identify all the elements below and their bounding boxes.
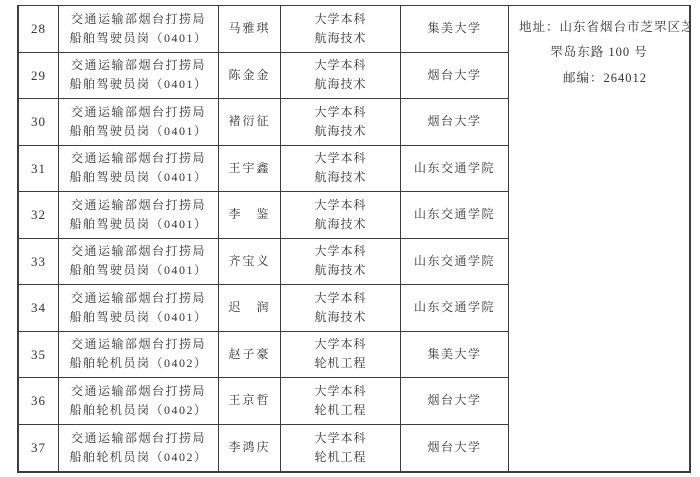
row-number-cell: 29 [19, 53, 59, 100]
cell-text: 交通运输部烟台打捞局 [71, 289, 206, 308]
cell-text: 33 [31, 252, 46, 271]
cell-text: 大学本科 [314, 103, 366, 122]
cell-text: 船舶驾驶员岗（0401） [69, 122, 207, 141]
row-number-cell: 36 [19, 378, 59, 425]
cell-text: 王京哲 [228, 391, 270, 410]
cell-text: 大学本科 [314, 149, 366, 168]
address-line-2: 罘岛东路 100 号 [517, 40, 681, 65]
position-cell: 交通运输部烟台打捞局船舶驾驶员岗（0401） [59, 239, 219, 286]
recruitment-list-page: 地址：山东省烟台市芝罘区芝 罘岛东路 100 号 邮编：264012 28交通运… [17, 5, 691, 473]
position-cell: 交通运输部烟台打捞局船舶驾驶员岗（0401） [59, 192, 219, 239]
cell-text: 李鸿庆 [228, 438, 270, 457]
cell-text: 航海技术 [314, 29, 366, 48]
cell-text: 大学本科 [314, 196, 366, 215]
cell-text: 船舶驾驶员岗（0401） [69, 75, 207, 94]
school-cell: 烟台大学 [401, 99, 509, 146]
cell-text: 交通运输部烟台打捞局 [71, 242, 206, 261]
cell-text: 船舶驾驶员岗（0401） [69, 168, 207, 187]
cell-text: 船舶驾驶员岗（0401） [69, 308, 207, 327]
cell-text: 30 [31, 112, 46, 131]
school-cell: 山东交通学院 [401, 285, 509, 332]
cell-text: 马雅琪 [228, 19, 270, 38]
school-cell: 集美大学 [401, 332, 509, 379]
education-cell: 大学本科轮机工程 [281, 332, 401, 379]
cell-text: 交通运输部烟台打捞局 [71, 335, 206, 354]
recruitment-table: 地址：山东省烟台市芝罘区芝 罘岛东路 100 号 邮编：264012 28交通运… [17, 5, 691, 473]
position-cell: 交通运输部烟台打捞局船舶驾驶员岗（0401） [59, 53, 219, 100]
cell-text: 交通运输部烟台打捞局 [71, 196, 206, 215]
cell-text: 褚衍征 [228, 112, 270, 131]
cell-text: 大学本科 [314, 10, 366, 29]
postal-code-line: 邮编：264012 [517, 66, 681, 91]
cell-text: 大学本科 [314, 56, 366, 75]
cell-text: 航海技术 [314, 215, 366, 234]
position-cell: 交通运输部烟台打捞局船舶轮机员岗（0402） [59, 378, 219, 425]
name-cell: 李鸿庆 [219, 425, 281, 472]
cell-text: 船舶轮机员岗（0402） [69, 401, 207, 420]
education-cell: 大学本科航海技术 [281, 53, 401, 100]
name-cell: 王宇鑫 [219, 146, 281, 193]
position-cell: 交通运输部烟台打捞局船舶轮机员岗（0402） [59, 332, 219, 379]
education-cell: 大学本科轮机工程 [281, 425, 401, 472]
name-cell: 齐宝义 [219, 239, 281, 286]
name-cell: 赵子豪 [219, 332, 281, 379]
position-cell: 交通运输部烟台打捞局船舶驾驶员岗（0401） [59, 6, 219, 53]
cell-text: 陈金金 [228, 66, 270, 85]
cell-text: 山东交通学院 [414, 205, 495, 224]
cell-text: 37 [31, 438, 46, 457]
cell-text: 航海技术 [314, 308, 366, 327]
name-cell: 李 鉴 [219, 192, 281, 239]
position-cell: 交通运输部烟台打捞局船舶驾驶员岗（0401） [59, 285, 219, 332]
cell-text: 烟台大学 [427, 391, 481, 410]
cell-text: 船舶轮机员岗（0402） [69, 448, 207, 467]
cell-text: 航海技术 [314, 168, 366, 187]
cell-text: 航海技术 [314, 75, 366, 94]
row-number-cell: 32 [19, 192, 59, 239]
school-cell: 烟台大学 [401, 425, 509, 472]
school-cell: 山东交通学院 [401, 146, 509, 193]
school-cell: 山东交通学院 [401, 192, 509, 239]
row-number-cell: 30 [19, 99, 59, 146]
cell-text: 交通运输部烟台打捞局 [71, 382, 206, 401]
cell-text: 集美大学 [427, 345, 481, 364]
cell-text: 交通运输部烟台打捞局 [71, 103, 206, 122]
address-line-1: 地址：山东省烟台市芝罘区芝 [517, 15, 681, 40]
cell-text: 烟台大学 [427, 438, 481, 457]
education-cell: 大学本科航海技术 [281, 239, 401, 286]
cell-text: 交通运输部烟台打捞局 [71, 429, 206, 448]
row-number-cell: 28 [19, 6, 59, 53]
name-cell: 陈金金 [219, 53, 281, 100]
cell-text: 李 鉴 [228, 205, 270, 224]
row-number-cell: 34 [19, 285, 59, 332]
education-cell: 大学本科轮机工程 [281, 378, 401, 425]
position-cell: 交通运输部烟台打捞局船舶驾驶员岗（0401） [59, 146, 219, 193]
cell-text: 31 [31, 159, 46, 178]
cell-text: 29 [31, 66, 46, 85]
cell-text: 36 [31, 391, 46, 410]
cell-text: 大学本科 [314, 382, 366, 401]
name-cell: 王京哲 [219, 378, 281, 425]
row-number-cell: 31 [19, 146, 59, 193]
cell-text: 34 [31, 298, 46, 317]
position-cell: 交通运输部烟台打捞局船舶轮机员岗（0402） [59, 425, 219, 472]
cell-text: 山东交通学院 [414, 252, 495, 271]
cell-text: 烟台大学 [427, 112, 481, 131]
cell-text: 船舶轮机员岗（0402） [69, 354, 207, 373]
cell-text: 赵子豪 [228, 345, 270, 364]
education-cell: 大学本科航海技术 [281, 192, 401, 239]
education-cell: 大学本科航海技术 [281, 99, 401, 146]
cell-text: 大学本科 [314, 429, 366, 448]
cell-text: 烟台大学 [427, 66, 481, 85]
row-number-cell: 33 [19, 239, 59, 286]
position-cell: 交通运输部烟台打捞局船舶驾驶员岗（0401） [59, 99, 219, 146]
cell-text: 航海技术 [314, 122, 366, 141]
cell-text: 大学本科 [314, 242, 366, 261]
cell-text: 交通运输部烟台打捞局 [71, 149, 206, 168]
school-cell: 烟台大学 [401, 53, 509, 100]
school-cell: 烟台大学 [401, 378, 509, 425]
cell-text: 齐宝义 [228, 252, 270, 271]
education-cell: 大学本科航海技术 [281, 146, 401, 193]
cell-text: 交通运输部烟台打捞局 [71, 56, 206, 75]
cell-text: 山东交通学院 [414, 298, 495, 317]
cell-text: 交通运输部烟台打捞局 [71, 10, 206, 29]
cell-text: 28 [31, 19, 46, 38]
education-cell: 大学本科航海技术 [281, 285, 401, 332]
cell-text: 航海技术 [314, 261, 366, 280]
cell-text: 大学本科 [314, 289, 366, 308]
cell-text: 35 [31, 345, 46, 364]
cell-text: 船舶驾驶员岗（0401） [69, 261, 207, 280]
cell-text: 轮机工程 [314, 401, 366, 420]
cell-text: 大学本科 [314, 335, 366, 354]
cell-text: 32 [31, 205, 46, 224]
cell-text: 山东交通学院 [414, 159, 495, 178]
cell-text: 迟 润 [228, 298, 270, 317]
cell-text: 轮机工程 [314, 354, 366, 373]
cell-text: 船舶驾驶员岗（0401） [69, 215, 207, 234]
cell-text: 王宇鑫 [228, 159, 270, 178]
name-cell: 褚衍征 [219, 99, 281, 146]
education-cell: 大学本科航海技术 [281, 6, 401, 53]
cell-text: 集美大学 [427, 19, 481, 38]
name-cell: 马雅琪 [219, 6, 281, 53]
row-number-cell: 37 [19, 425, 59, 472]
contact-address-cell: 地址：山东省烟台市芝罘区芝 罘岛东路 100 号 邮编：264012 [509, 6, 689, 471]
school-cell: 山东交通学院 [401, 239, 509, 286]
school-cell: 集美大学 [401, 6, 509, 53]
name-cell: 迟 润 [219, 285, 281, 332]
cell-text: 船舶驾驶员岗（0401） [69, 29, 207, 48]
cell-text: 轮机工程 [314, 448, 366, 467]
row-number-cell: 35 [19, 332, 59, 379]
